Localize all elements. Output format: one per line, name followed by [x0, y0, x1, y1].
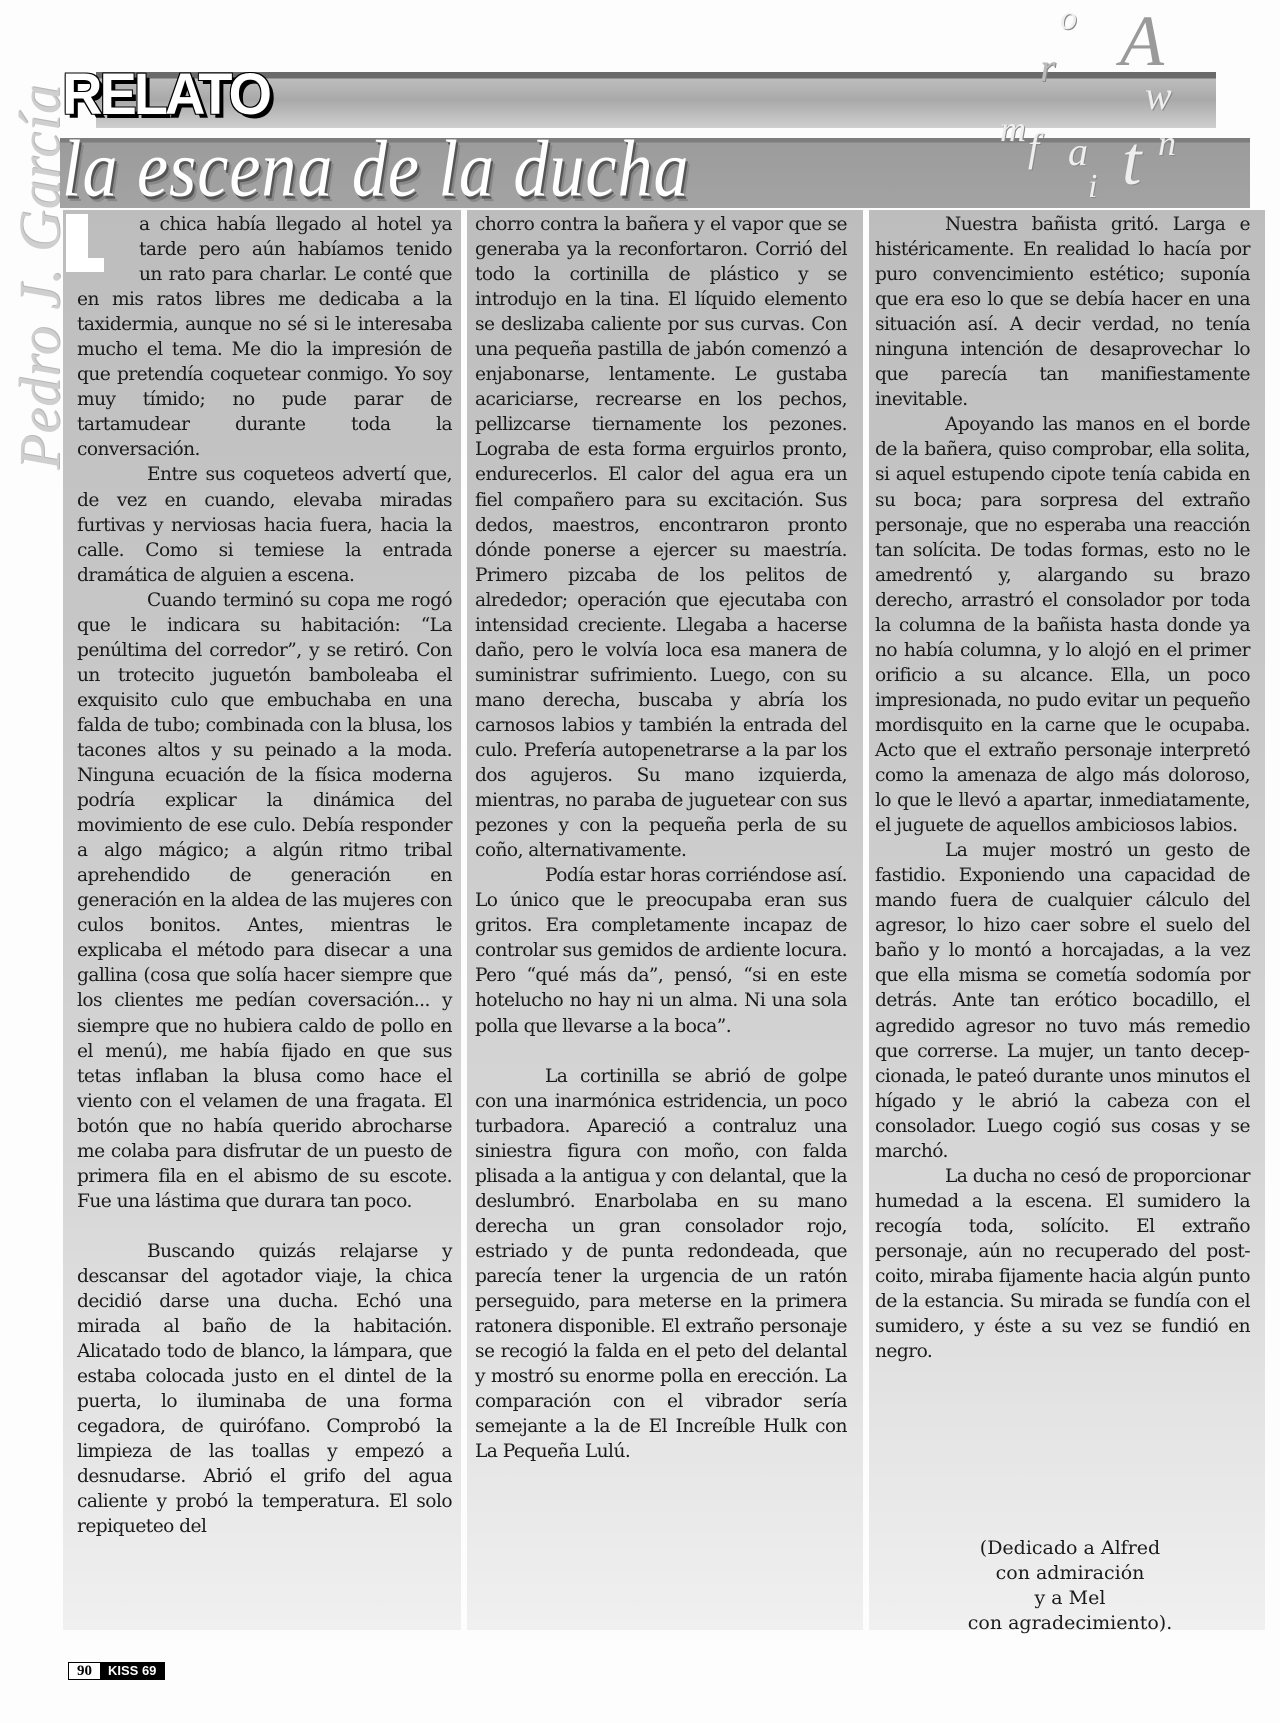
- dedication-line: y a Mel: [900, 1586, 1240, 1611]
- deco-letter: n: [1158, 122, 1176, 164]
- decorative-letters: o A r w m f a i t n: [1010, 0, 1270, 220]
- dedication-line: (Dedicado a Alfred: [900, 1536, 1240, 1561]
- article-title: la escena de la ducha: [62, 124, 689, 216]
- paragraph: a chica había llegado al hotel ya tarde …: [77, 212, 452, 462]
- deco-letter: m: [1000, 108, 1026, 150]
- article-column-1: a chica había llegado al hotel ya tarde …: [77, 212, 452, 1539]
- deco-letter: i: [1088, 168, 1097, 206]
- dedication: (Dedicado a Alfred con admiración y a Me…: [900, 1536, 1240, 1636]
- paragraph: Entre sus coqueteos advertí que, de vez …: [77, 462, 452, 587]
- paragraph: La mujer mostró un gesto de fastidio. Ex…: [875, 838, 1250, 1164]
- article-column-3: Nuestra bañista gritó. Larga e histérica…: [875, 212, 1250, 1364]
- paragraph: Buscando quizás relajarse y descansar de…: [77, 1239, 452, 1540]
- paragraph: Podía estar horas corriéndose así. Lo ún…: [475, 863, 847, 1038]
- section-label: RELATO: [62, 63, 269, 126]
- dedication-line: con admiración: [900, 1561, 1240, 1586]
- paragraph: La ducha no cesó de propor­cionar humeda…: [875, 1164, 1250, 1364]
- deco-letter: A: [1120, 0, 1164, 83]
- paragraph: Apoyando las manos en el borde de la bañ…: [875, 412, 1250, 838]
- article-column-2: chorro contra la bañera y el vapor que s…: [475, 212, 847, 1464]
- deco-letter: w: [1145, 72, 1172, 119]
- paragraph: chorro contra la bañera y el vapor que s…: [475, 212, 847, 863]
- drop-cap-space: [77, 212, 139, 287]
- deco-letter: o: [1060, 0, 1077, 38]
- deco-letter: a: [1068, 128, 1088, 175]
- paragraph: Nuestra bañista gritó. Larga e histérica…: [875, 212, 1250, 412]
- deco-letter: r: [1040, 44, 1056, 91]
- paragraph: Cuando terminó su copa me rogó que le in…: [77, 588, 452, 1214]
- magazine-name: KISS 69: [100, 1663, 164, 1679]
- page-number: 90: [69, 1663, 100, 1679]
- deco-letter: f: [1028, 124, 1039, 171]
- page-footer: 90 KISS 69: [68, 1662, 165, 1680]
- deco-letter: t: [1122, 122, 1141, 202]
- paragraph: La cortinilla se abrió de golpe con una …: [475, 1064, 847, 1465]
- dedication-line: con agradecimiento).: [900, 1611, 1240, 1636]
